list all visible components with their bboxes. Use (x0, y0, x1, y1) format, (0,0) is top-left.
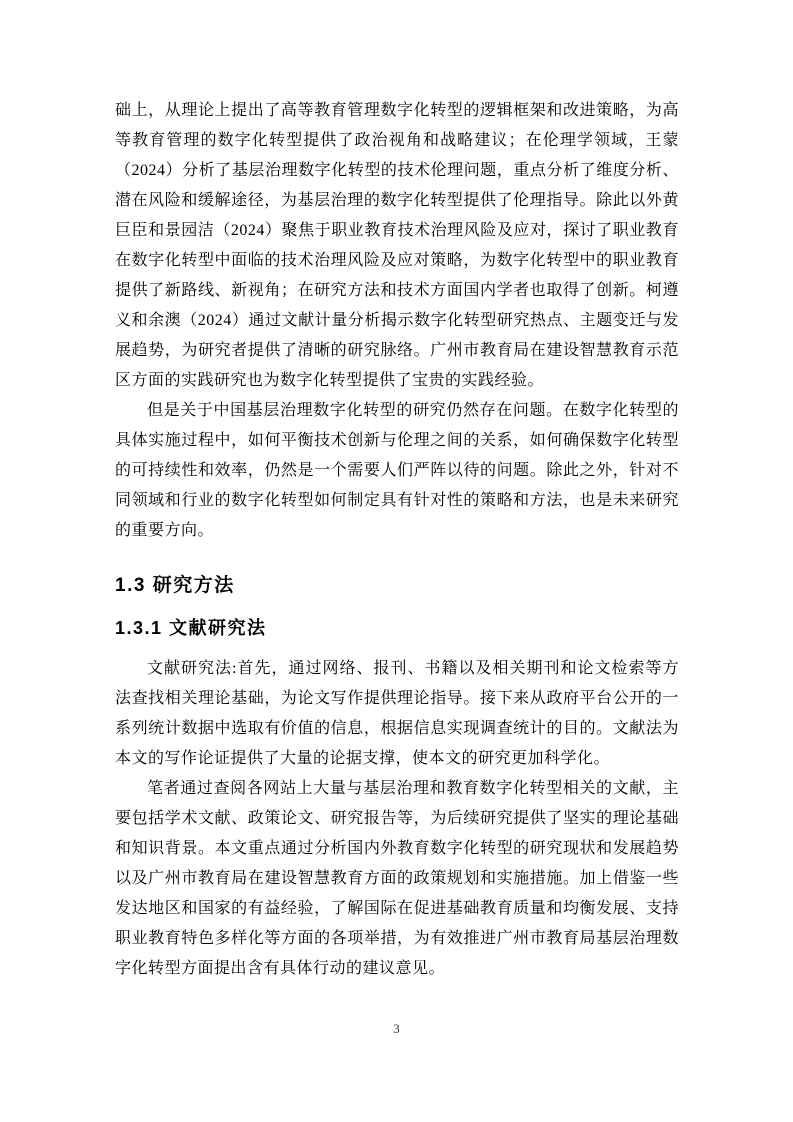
page-number: 3 (0, 1020, 793, 1038)
paragraph-literature-method: 文献研究法:首先，通过网络、报刊、书籍以及相关期刊和论文检索等方法查找相关理论基… (115, 654, 679, 774)
page-content: 础上，从理论上提出了高等教育管理数字化转型的逻辑框架和改进策略，为高等教育管理的… (115, 96, 679, 984)
document-page: 础上，从理论上提出了高等教育管理数字化转型的逻辑框架和改进策略，为高等教育管理的… (0, 0, 793, 1122)
paragraph-research-problems: 但是关于中国基层治理数字化转型的研究仍然存在问题。在数字化转型的具体实施过程中，… (115, 396, 679, 546)
subsection-heading-literature-method: 1.3.1 文献研究法 (115, 616, 679, 641)
paragraph-author-review: 笔者通过查阅各网站上大量与基层治理和教育数字化转型相关的文献，主要包括学术文献、… (115, 774, 679, 984)
section-heading-research-methods: 1.3 研究方法 (115, 573, 679, 599)
paragraph-continuation: 础上，从理论上提出了高等教育管理数字化转型的逻辑框架和改进策略，为高等教育管理的… (115, 96, 679, 396)
